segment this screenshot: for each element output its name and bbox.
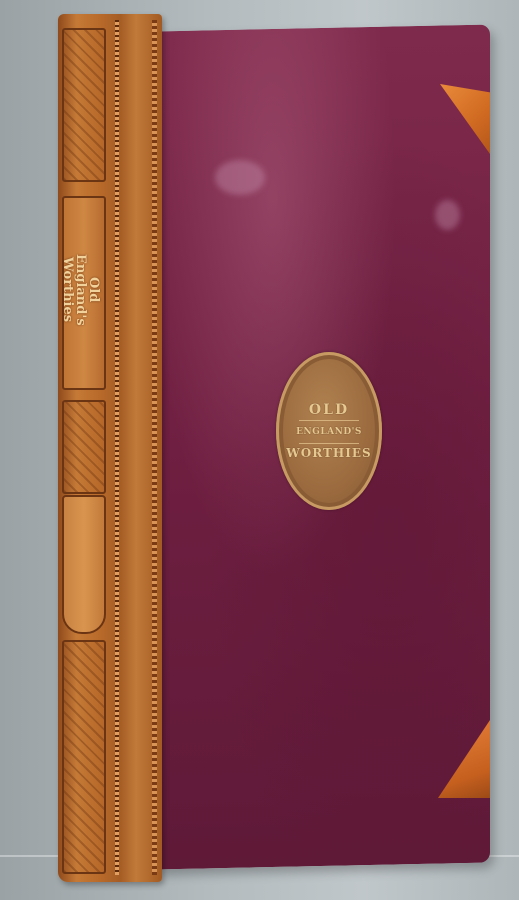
spine-ornament-bottom: [62, 640, 106, 874]
cover-wear-mark: [215, 160, 265, 195]
spine-title-line: Worthies: [61, 257, 74, 322]
spine-ornament-top: [62, 28, 106, 182]
medallion-text: WORTHIES: [286, 446, 371, 460]
medallion-text: OLD: [309, 402, 349, 418]
spine-ornament-lattice: [62, 400, 106, 494]
spine-hinge-tooling: [152, 20, 157, 875]
medallion-text: ENGLAND'S: [296, 427, 362, 437]
spine-shield-ornament: [62, 495, 106, 634]
cover-wear-mark: [435, 200, 460, 230]
book: Old England's Worthies OLD ENGLAND'S WOR…: [0, 0, 519, 900]
medallion-rule: [299, 443, 359, 444]
medallion-rule: [299, 420, 359, 421]
spine-title-line: England's: [74, 254, 87, 326]
spine-tooling-line: [115, 20, 119, 875]
cover-medallion: OLD ENGLAND'S WORTHIES: [276, 352, 382, 510]
spine-title-line: Old: [87, 277, 100, 302]
spine-title: Old England's Worthies: [64, 205, 100, 375]
